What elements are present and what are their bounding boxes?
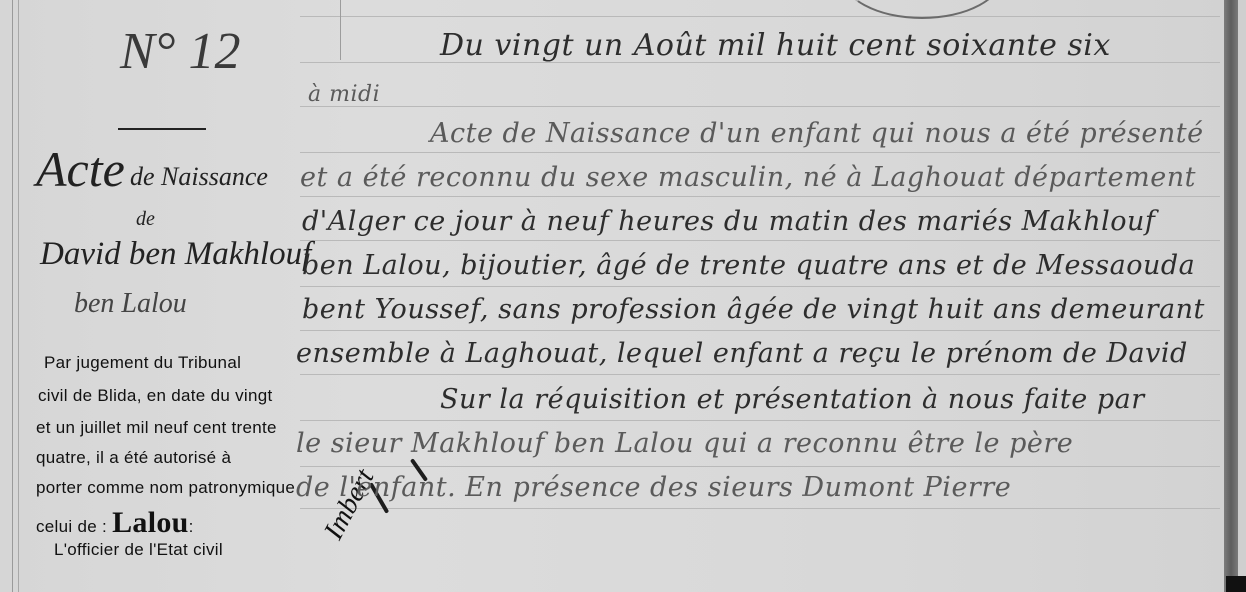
margin-title-naissance: de Naissance: [130, 162, 268, 192]
margin-title-de: de: [136, 208, 155, 231]
body-line: à midi: [308, 82, 380, 107]
column-divider: [340, 0, 341, 60]
scanned-register-page: N° 12 Acte de Naissance de David ben Mak…: [0, 0, 1246, 592]
marginal-note-line-text: celui de :: [36, 517, 107, 536]
body-line: et a été reconnu du sexe masculin, né à …: [300, 162, 1196, 193]
body-line: d'Alger ce jour à neuf heures du matin d…: [302, 206, 1155, 237]
binding-gutter: [1224, 0, 1238, 592]
body-line: ensemble à Laghouat, lequel enfant a reç…: [296, 338, 1188, 369]
margin-title-acte: Acte: [36, 140, 125, 198]
marginal-note-line: quatre, il a été autorisé à: [36, 448, 231, 468]
marginal-note-line: Par jugement du Tribunal: [44, 353, 241, 373]
ruled-line: [300, 196, 1220, 197]
page-edge: [1238, 0, 1246, 592]
body-line: ben Lalou, bijoutier, âgé de trente quat…: [302, 250, 1195, 281]
ruled-line: [300, 420, 1220, 421]
title-underline: [118, 128, 206, 130]
marginal-note-line: civil de Blida, en date du vingt: [38, 386, 273, 406]
ruled-line: [300, 152, 1220, 153]
ruled-line: [300, 330, 1220, 331]
child-name: David ben Makhlouf: [40, 236, 311, 273]
child-name-continued: ben Lalou: [74, 288, 187, 320]
body-line: Du vingt un Août mil huit cent soixante …: [440, 28, 1111, 63]
ruled-line: [300, 240, 1220, 241]
scan-corner: [1226, 576, 1246, 592]
body-line: Sur la réquisition et présentation à nou…: [440, 384, 1145, 415]
ruled-line: [300, 374, 1220, 375]
body-line: de l'enfant. En présence des sieurs Dumo…: [296, 472, 1011, 503]
ruled-line: [300, 508, 1220, 509]
margin-rule: [12, 0, 19, 592]
marginal-note-line: porter comme nom patronymique: [36, 478, 295, 498]
body-line: le sieur Makhlouf ben Lalou qui a reconn…: [296, 428, 1073, 459]
ruled-line: [300, 16, 1220, 17]
marginal-note-line: celui de : Lalou:: [36, 506, 194, 540]
entry-number: N° 12: [120, 22, 240, 81]
marginal-note-line: et un juillet mil neuf cent trente: [36, 418, 277, 438]
ruled-line: [300, 106, 1220, 107]
body-line: Acte de Naissance d'un enfant qui nous a…: [430, 118, 1204, 149]
body-line: bent Youssef, sans profession âgée de vi…: [302, 294, 1205, 325]
ruled-line: [300, 286, 1220, 287]
ruled-line: [300, 466, 1220, 467]
new-surname: Lalou: [112, 506, 189, 539]
marginal-note-closing: L'officier de l'Etat civil: [54, 540, 223, 560]
